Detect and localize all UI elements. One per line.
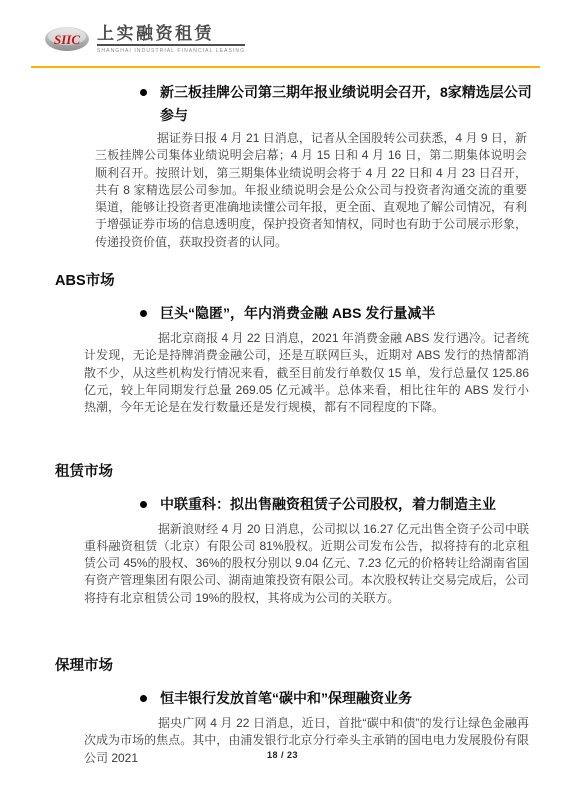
news-paragraph: 据新浪财经 4 月 20 日消息，公司拟以 16.27 亿元出售全资子公司中联重… bbox=[84, 521, 529, 607]
news-item-title: 中联重科：拟出售融资租赁子公司股权，着力制造主业 bbox=[160, 493, 496, 516]
news-paragraph: 据北京商报 4 月 22 日消息，2021 年消费金融 ABS 发行遇冷。记者统… bbox=[84, 330, 529, 416]
bullet-icon bbox=[140, 310, 147, 317]
logo-text-block: 上实融资租赁 SHANGHAI INDUSTRIAL FINANCIAL LEA… bbox=[97, 24, 245, 54]
news-item-headline: 中联重科：拟出售融资租赁子公司股权，着力制造主业 bbox=[140, 493, 565, 516]
section-heading-leasing: 租赁市场 bbox=[55, 463, 565, 481]
section-heading-factoring: 保理市场 bbox=[55, 657, 565, 675]
news-item-title: 巨头“隐匿”，年内消费金融 ABS 发行量减半 bbox=[160, 302, 435, 325]
company-logo: SIIC 上实融资租赁 SHANGHAI INDUSTRIAL FINANCIA… bbox=[44, 24, 565, 54]
bullet-icon bbox=[140, 501, 147, 508]
news-item-title: 新三板挂牌公司第三期年报业绩说明会召开，8家精选层公司参与 bbox=[160, 81, 532, 127]
siic-globe-icon: SIIC bbox=[44, 26, 90, 52]
section-heading-abs: ABS市场 bbox=[55, 272, 565, 290]
siic-logo-text: SIIC bbox=[54, 32, 80, 47]
news-item-title: 恒丰银行发放首笔“碳中和”保理融资业务 bbox=[160, 687, 412, 710]
news-paragraph: 据证券日报 4 月 21 日消息，记者从全国股转公司获悉，4 月 9 日，新三板… bbox=[95, 130, 527, 251]
news-item-headline: 巨头“隐匿”，年内消费金融 ABS 发行量减半 bbox=[140, 302, 565, 325]
header-divider-rule bbox=[31, 66, 540, 68]
bullet-icon bbox=[140, 89, 147, 96]
document-page: SIIC 上实融资租赁 SHANGHAI INDUSTRIAL FINANCIA… bbox=[0, 0, 565, 800]
bullet-icon bbox=[140, 695, 147, 702]
news-item-headline: 恒丰银行发放首笔“碳中和”保理融资业务 bbox=[140, 687, 565, 710]
page-header: SIIC 上实融资租赁 SHANGHAI INDUSTRIAL FINANCIA… bbox=[0, 0, 565, 54]
logo-company-name-cn: 上实融资租赁 bbox=[97, 24, 245, 46]
logo-company-name-en: SHANGHAI INDUSTRIAL FINANCIAL LEASING bbox=[97, 48, 245, 54]
page-number: 18 / 23 bbox=[0, 750, 565, 760]
news-item-headline: 新三板挂牌公司第三期年报业绩说明会召开，8家精选层公司参与 bbox=[140, 81, 565, 127]
